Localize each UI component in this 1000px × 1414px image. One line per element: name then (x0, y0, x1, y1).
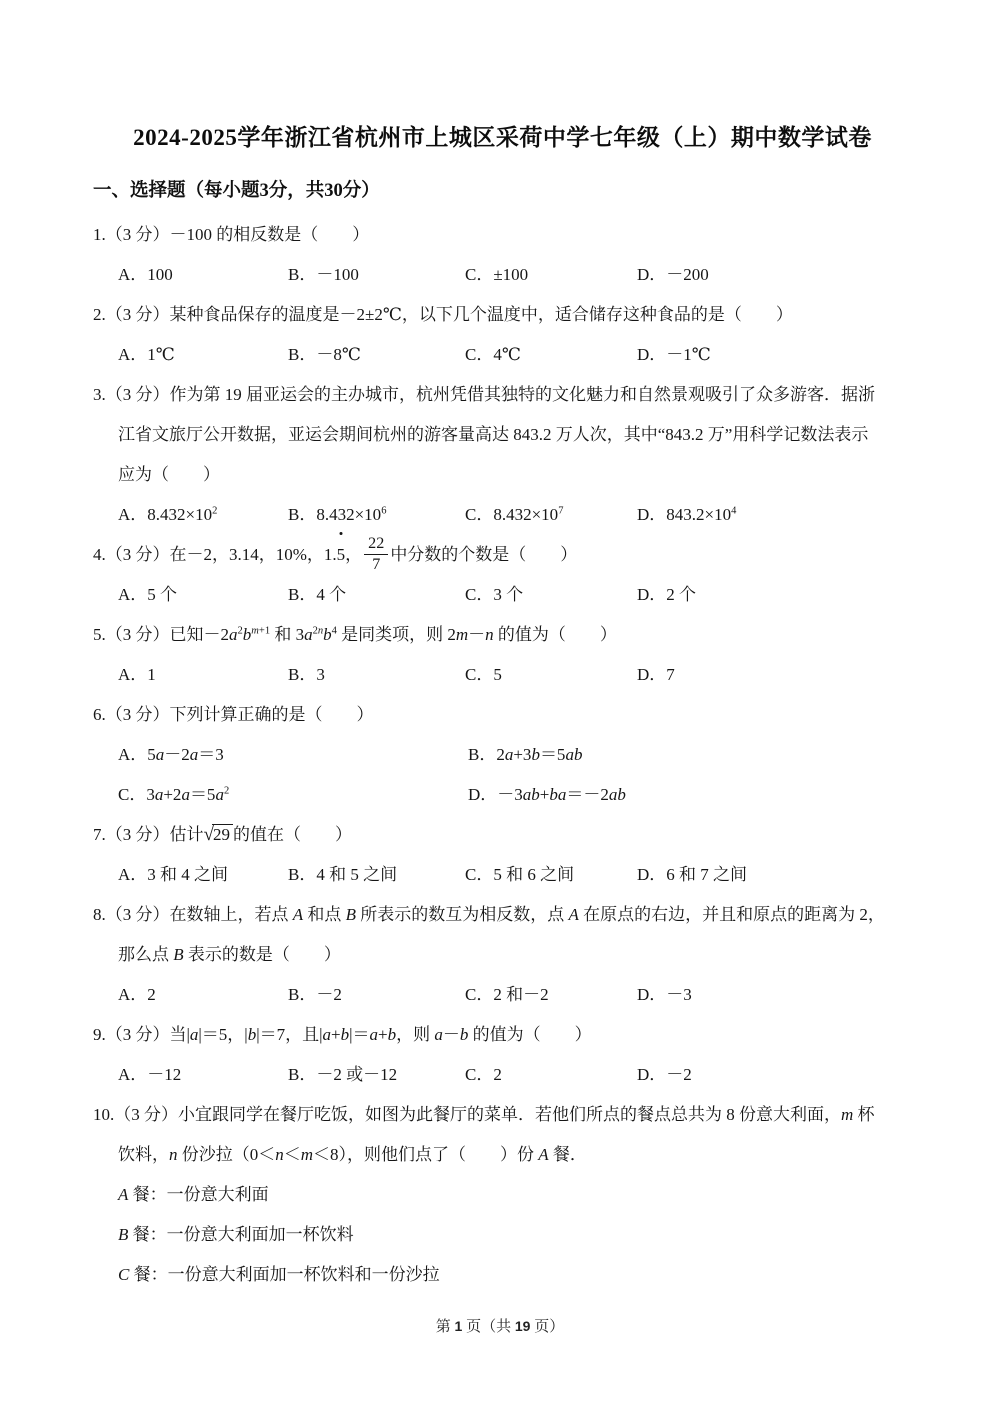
question-3-option-C: C．8.432×107 (465, 495, 637, 535)
question-5-option-C: C．5 (465, 655, 637, 695)
question-7-stem-line: 7.（3 分）估计√29的值在（ ） (93, 815, 912, 855)
question-1: 1.（3 分）－100 的相反数是（ ）A．100B．－100C．±100D．－… (93, 215, 912, 295)
question-9-option-A: A．－12 (118, 1055, 288, 1095)
question-3-option-A: A．8.432×102 (118, 495, 288, 535)
question-9-option-B: B．－2 或－12 (288, 1055, 465, 1095)
question-2-option-B: B．－8℃ (288, 335, 465, 375)
question-4-option-A: A．5 个 (118, 575, 288, 615)
question-10-stem-line: 饮料，n 份沙拉（0＜n＜m＜8），则他们点了（ ）份 A 餐． (93, 1135, 912, 1175)
exam-paper-page: 2024-2025学年浙江省杭州市上城区采荷中学七年级（上）期中数学试卷 一、选… (0, 0, 1000, 1414)
question-4-option-C: C．3 个 (465, 575, 637, 615)
question-6-option-B: B．2a+3b＝5ab (468, 735, 912, 775)
paper-content: 2024-2025学年浙江省杭州市上城区采荷中学七年级（上）期中数学试卷 一、选… (0, 0, 1000, 1295)
question-5-option-B: B．3 (288, 655, 465, 695)
question-7-option-row: A．3 和 4 之间B．4 和 5 之间C．5 和 6 之间D．6 和 7 之间 (93, 855, 912, 895)
question-8-option-C: C．2 和－2 (465, 975, 637, 1015)
question-9-stem-line: 9.（3 分）当|a|＝5，|b|＝7，且|a+b|＝a+b，则 a－b 的值为… (93, 1015, 912, 1055)
question-10-menu-line: B 餐：一份意大利面加一杯饮料 (93, 1215, 912, 1255)
question-6: 6.（3 分）下列计算正确的是（ ）A．5a－2a＝3B．2a+3b＝5abC．… (93, 695, 912, 815)
page-footer: 第 1 页（共 19 页） (0, 1315, 1000, 1336)
question-7-option-C: C．5 和 6 之间 (465, 855, 637, 895)
question-10-menu-line: A 餐：一份意大利面 (93, 1175, 912, 1215)
question-10: 10.（3 分）小宜跟同学在餐厅吃饭，如图为此餐厅的菜单．若他们所点的餐点总共为… (93, 1095, 912, 1295)
paper-title: 2024-2025学年浙江省杭州市上城区采荷中学七年级（上）期中数学试卷 (93, 0, 912, 155)
question-2-option-C: C．4℃ (465, 335, 637, 375)
question-6-stem-line: 6.（3 分）下列计算正确的是（ ） (93, 695, 912, 735)
question-9-option-D: D．－2 (637, 1055, 912, 1095)
question-5-option-A: A．1 (118, 655, 288, 695)
question-4-stem-line: 4.（3 分）在－2，3.14，10%，1.5，227中分数的个数是（ ） (93, 535, 912, 575)
question-3-option-D: D．843.2×104 (637, 495, 912, 535)
question-6-option-A: A．5a－2a＝3 (118, 735, 468, 775)
question-10-menu-line: C 餐：一份意大利面加一杯饮料和一份沙拉 (93, 1255, 912, 1295)
question-9-option-C: C．2 (465, 1055, 637, 1095)
question-list: 1.（3 分）－100 的相反数是（ ）A．100B．－100C．±100D．－… (93, 215, 912, 1295)
question-10-stem-line: 10.（3 分）小宜跟同学在餐厅吃饭，如图为此餐厅的菜单．若他们所点的餐点总共为… (93, 1095, 912, 1135)
question-1-option-A: A．100 (118, 255, 288, 295)
question-4-option-B: B．4 个 (288, 575, 465, 615)
question-3-stem-line: 应为（ ） (93, 455, 912, 495)
question-4-option-D: D．2 个 (637, 575, 912, 615)
question-5-option-D: D．7 (637, 655, 912, 695)
question-6-option-D: D．－3ab+ba＝－2ab (468, 775, 912, 815)
question-2-option-D: D．－1℃ (637, 335, 912, 375)
question-1-option-D: D．－200 (637, 255, 912, 295)
question-1-stem-line: 1.（3 分）－100 的相反数是（ ） (93, 215, 912, 255)
question-3-stem-line: 江省文旅厅公开数据，亚运会期间杭州的游客量高达 843.2 万人次，其中“843… (93, 415, 912, 455)
question-7-option-B: B．4 和 5 之间 (288, 855, 465, 895)
question-3-option-row: A．8.432×102B．8.432×106C．8.432×107D．843.2… (93, 495, 912, 535)
question-8-option-D: D．－3 (637, 975, 912, 1015)
question-6-option-row: A．5a－2a＝3B．2a+3b＝5ab (93, 735, 912, 775)
question-2-option-A: A．1℃ (118, 335, 288, 375)
question-9: 9.（3 分）当|a|＝5，|b|＝7，且|a+b|＝a+b，则 a－b 的值为… (93, 1015, 912, 1095)
question-1-option-row: A．100B．－100C．±100D．－200 (93, 255, 912, 295)
question-3-option-B: B．8.432×106 (288, 495, 465, 535)
section-heading-multiple-choice: 一、选择题（每小题3分，共30分） (93, 176, 912, 206)
question-7: 7.（3 分）估计√29的值在（ ）A．3 和 4 之间B．4 和 5 之间C．… (93, 815, 912, 895)
question-8-option-B: B．－2 (288, 975, 465, 1015)
question-1-option-C: C．±100 (465, 255, 637, 295)
question-9-option-row: A．－12B．－2 或－12C．2D．－2 (93, 1055, 912, 1095)
question-8-option-row: A．2B．－2C．2 和－2D．－3 (93, 975, 912, 1015)
question-1-option-B: B．－100 (288, 255, 465, 295)
question-6-option-row: C．3a+2a＝5a2D．－3ab+ba＝－2ab (93, 775, 912, 815)
question-8-stem-line: 8.（3 分）在数轴上，若点 A 和点 B 所表示的数互为相反数，点 A 在原点… (93, 895, 912, 935)
question-6-option-C: C．3a+2a＝5a2 (118, 775, 468, 815)
question-8-stem-line: 那么点 B 表示的数是（ ） (93, 935, 912, 975)
question-2: 2.（3 分）某种食品保存的温度是－2±2℃，以下几个温度中，适合储存这种食品的… (93, 295, 912, 375)
question-5: 5.（3 分）已知－2a2bm+1 和 3a2nb4 是同类项，则 2m－n 的… (93, 615, 912, 695)
question-3: 3.（3 分）作为第 19 届亚运会的主办城市，杭州凭借其独特的文化魅力和自然景… (93, 375, 912, 535)
question-4: 4.（3 分）在－2，3.14，10%，1.5，227中分数的个数是（ ）A．5… (93, 535, 912, 615)
question-5-option-row: A．1B．3C．5D．7 (93, 655, 912, 695)
question-5-stem-line: 5.（3 分）已知－2a2bm+1 和 3a2nb4 是同类项，则 2m－n 的… (93, 615, 912, 655)
question-7-option-D: D．6 和 7 之间 (637, 855, 912, 895)
question-3-stem-line: 3.（3 分）作为第 19 届亚运会的主办城市，杭州凭借其独特的文化魅力和自然景… (93, 375, 912, 415)
question-2-stem-line: 2.（3 分）某种食品保存的温度是－2±2℃，以下几个温度中，适合储存这种食品的… (93, 295, 912, 335)
question-8-option-A: A．2 (118, 975, 288, 1015)
question-2-option-row: A．1℃B．－8℃C．4℃D．－1℃ (93, 335, 912, 375)
question-4-option-row: A．5 个B．4 个C．3 个D．2 个 (93, 575, 912, 615)
question-7-option-A: A．3 和 4 之间 (118, 855, 288, 895)
question-8: 8.（3 分）在数轴上，若点 A 和点 B 所表示的数互为相反数，点 A 在原点… (93, 895, 912, 1015)
